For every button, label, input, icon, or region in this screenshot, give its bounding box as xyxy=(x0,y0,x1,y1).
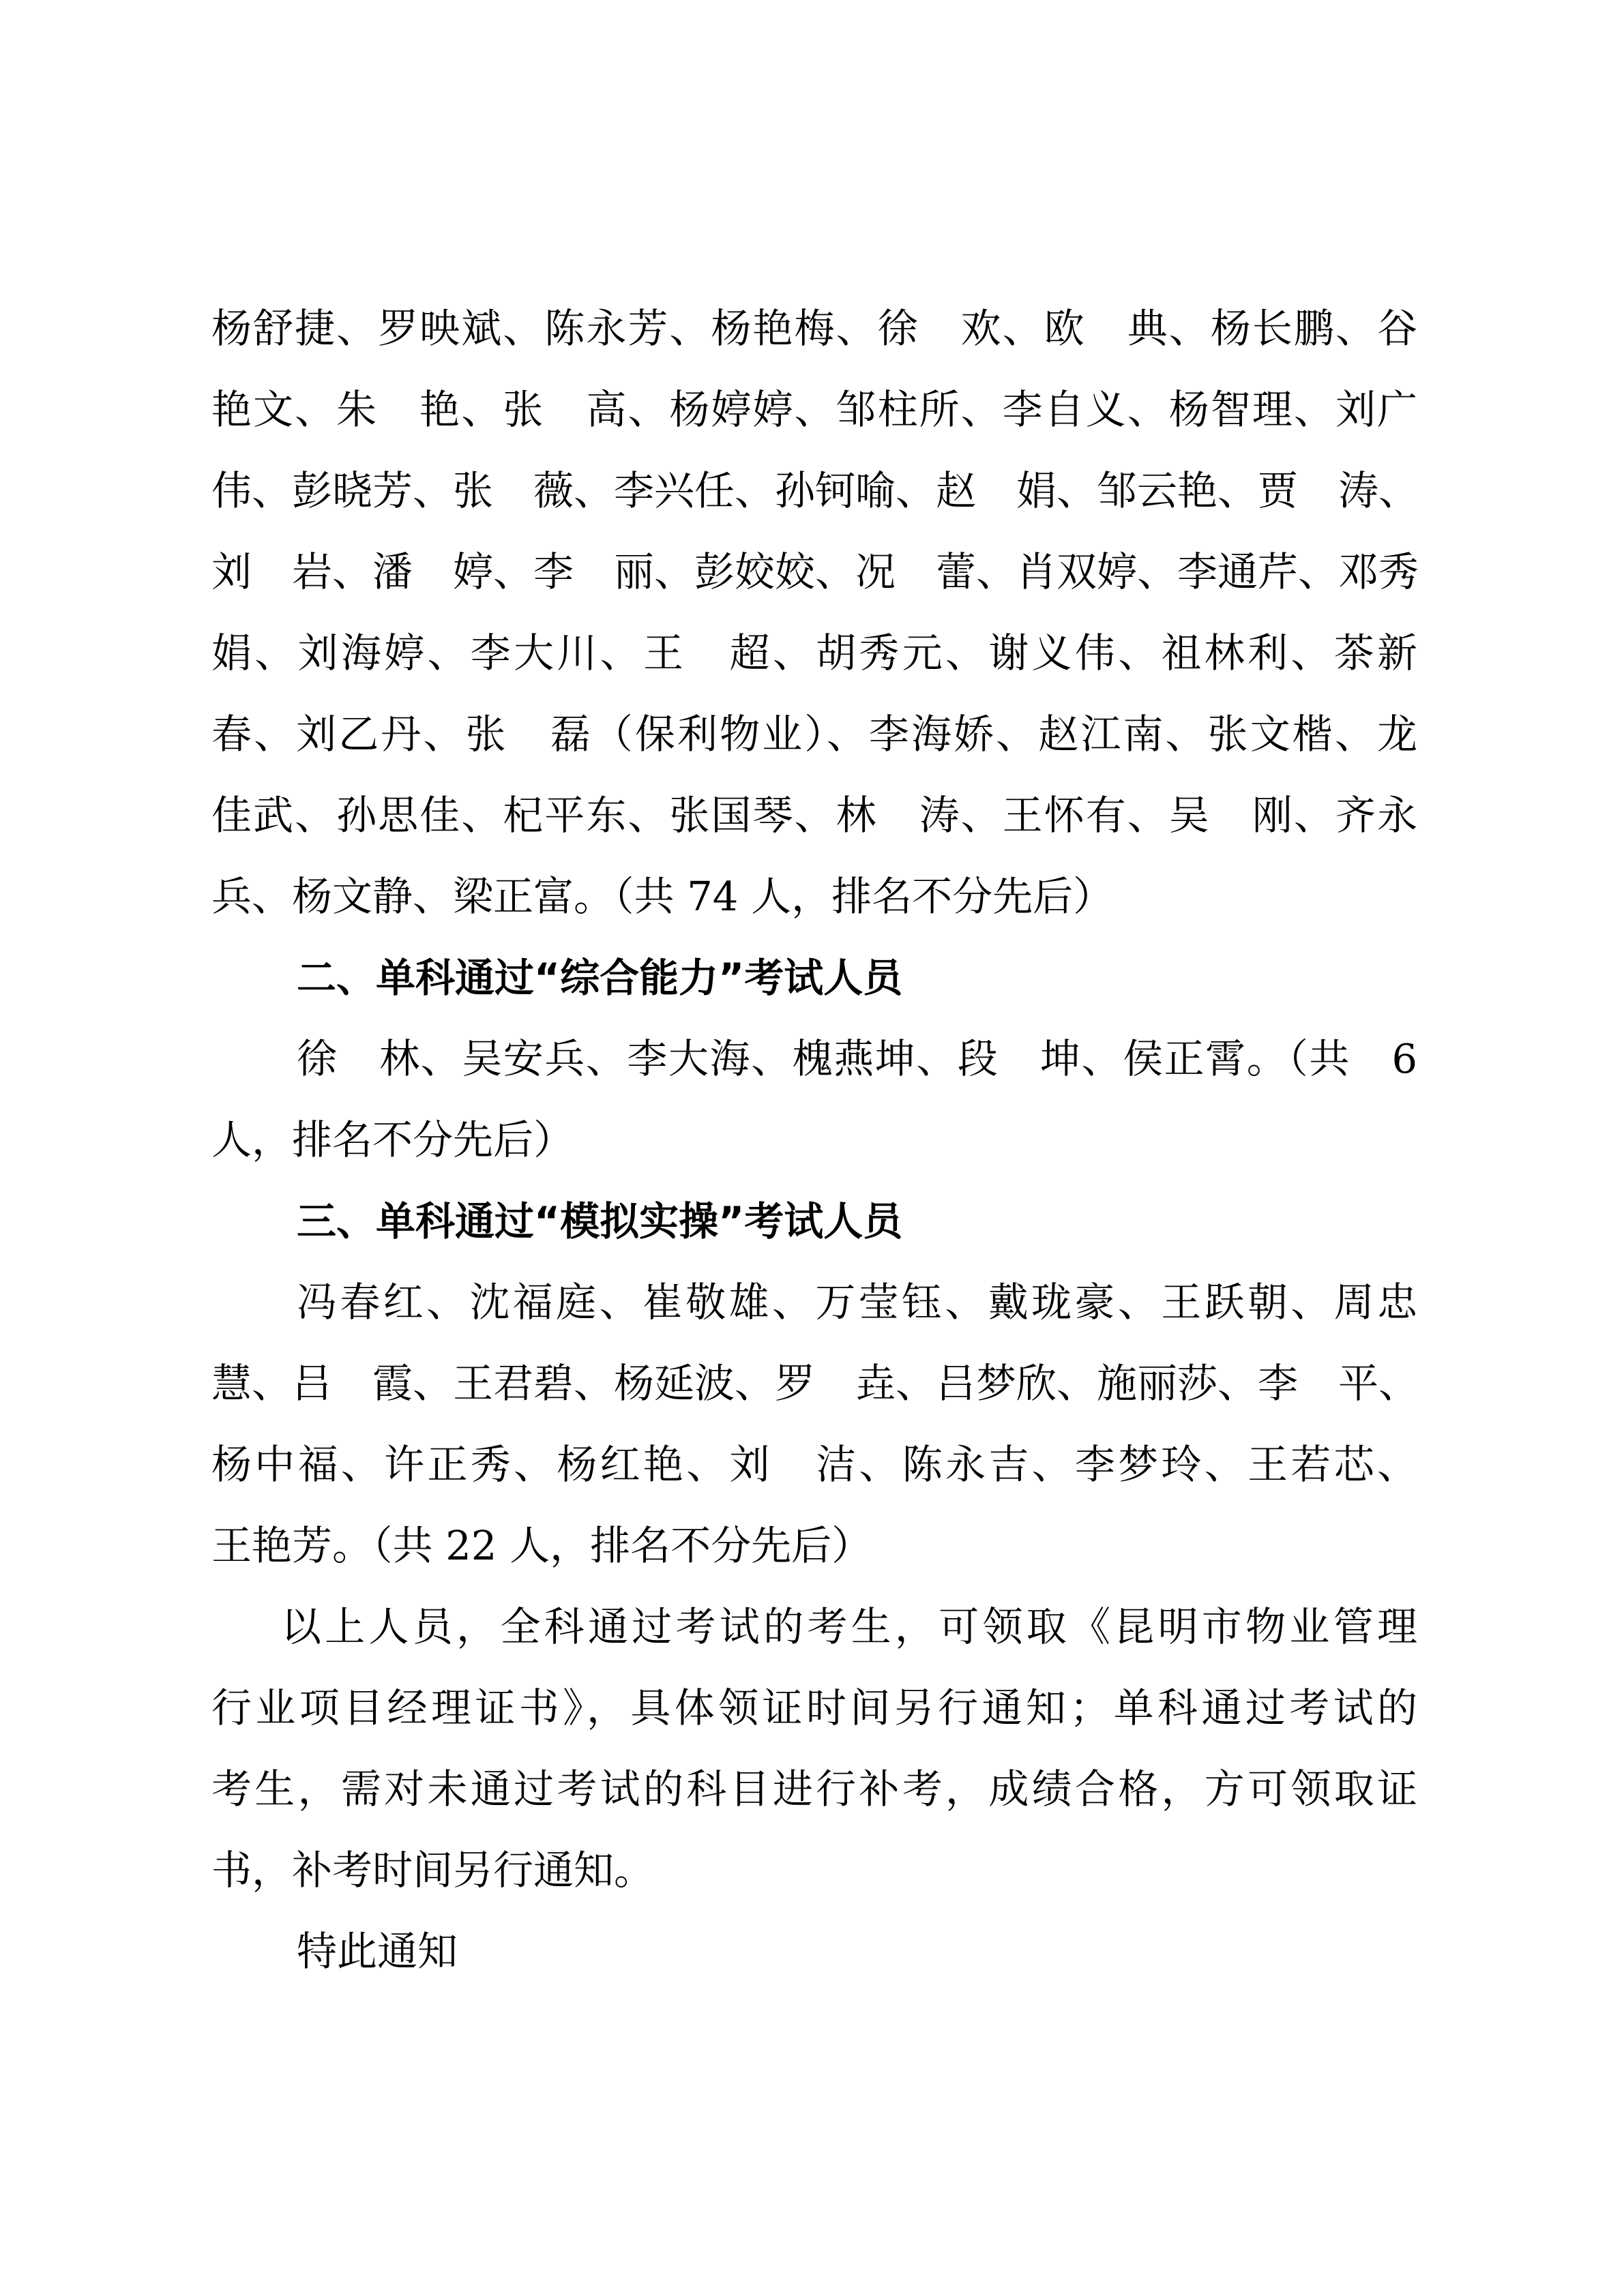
section1-line-5: 娟、刘海婷、李大川、王 超、胡秀元、谢义伟、祖林利、茶新 xyxy=(211,619,1417,700)
section3-line-2: 慧、吕 霞、王君碧、杨延波、罗 垚、吕梦欣、施丽莎、李 平、 xyxy=(211,1350,1417,1431)
section1-line-1: 杨舒捷、罗映斌、陈永芳、杨艳梅、徐 欢、欧 典、杨长鹏、谷 xyxy=(211,295,1417,376)
section2-heading: 二、单科通过“综合能力”考试人员 xyxy=(297,944,902,1025)
section2-line-2: 人，排名不分先后） xyxy=(211,1106,574,1187)
section3-line-4: 王艳芳。（共 22 人，排名不分先后） xyxy=(211,1512,872,1593)
section1-line-6: 春、刘乙丹、张 磊（保利物业）、李海娇、赵江南、张文楷、龙 xyxy=(211,700,1417,781)
section1-line-4: 刘 岩、潘 婷、李 丽、彭姣姣、况 蕾、肖双婷、李通芹、邓秀 xyxy=(211,538,1417,619)
closing-line-2: 行业项目经理证书》，具体领证时间另行通知；单科通过考试的 xyxy=(211,1674,1417,1755)
section1-line-8: 兵、杨文静、梁正富。（共 74 人，排名不分先后） xyxy=(211,863,1113,944)
section3-line-1: 冯春红、沈福庭、崔敬雄、万莹钰、戴珑豪、王跃朝、周忠 xyxy=(297,1268,1417,1350)
closing-line-4: 书，补考时间另行通知。 xyxy=(211,1836,654,1918)
sign-off: 特此通知 xyxy=(297,1918,458,1999)
closing-line-1: 以上人员，全科通过考试的考生，可领取《昆明市物业管理 xyxy=(281,1593,1417,1674)
section1-line-3: 伟、彭晓芳、张 薇、李兴任、孙钶喻、赵 娟、邹云艳、贾 涛、 xyxy=(211,457,1417,538)
section1-line-7: 佳武、孙思佳、杞平东、张国琴、林 涛、王怀有、吴 刚、齐永 xyxy=(211,781,1417,863)
section3-heading: 三、单科通过“模拟实操”考试人员 xyxy=(297,1187,902,1268)
section1-line-2: 艳文、朱 艳、张 高、杨婷婷、邹柱所、李自义、杨智理、刘广 xyxy=(211,376,1417,457)
closing-line-3: 考生，需对未通过考试的科目进行补考，成绩合格，方可领取证 xyxy=(211,1755,1417,1836)
section3-line-3: 杨中福、许正秀、杨红艳、刘 洁、陈永吉、李梦玲、王若芯、 xyxy=(211,1431,1417,1512)
section2-line-1: 徐 林、吴安兵、李大海、槐燕坤、段 坤、侯正霄。（共 6 xyxy=(297,1025,1417,1106)
